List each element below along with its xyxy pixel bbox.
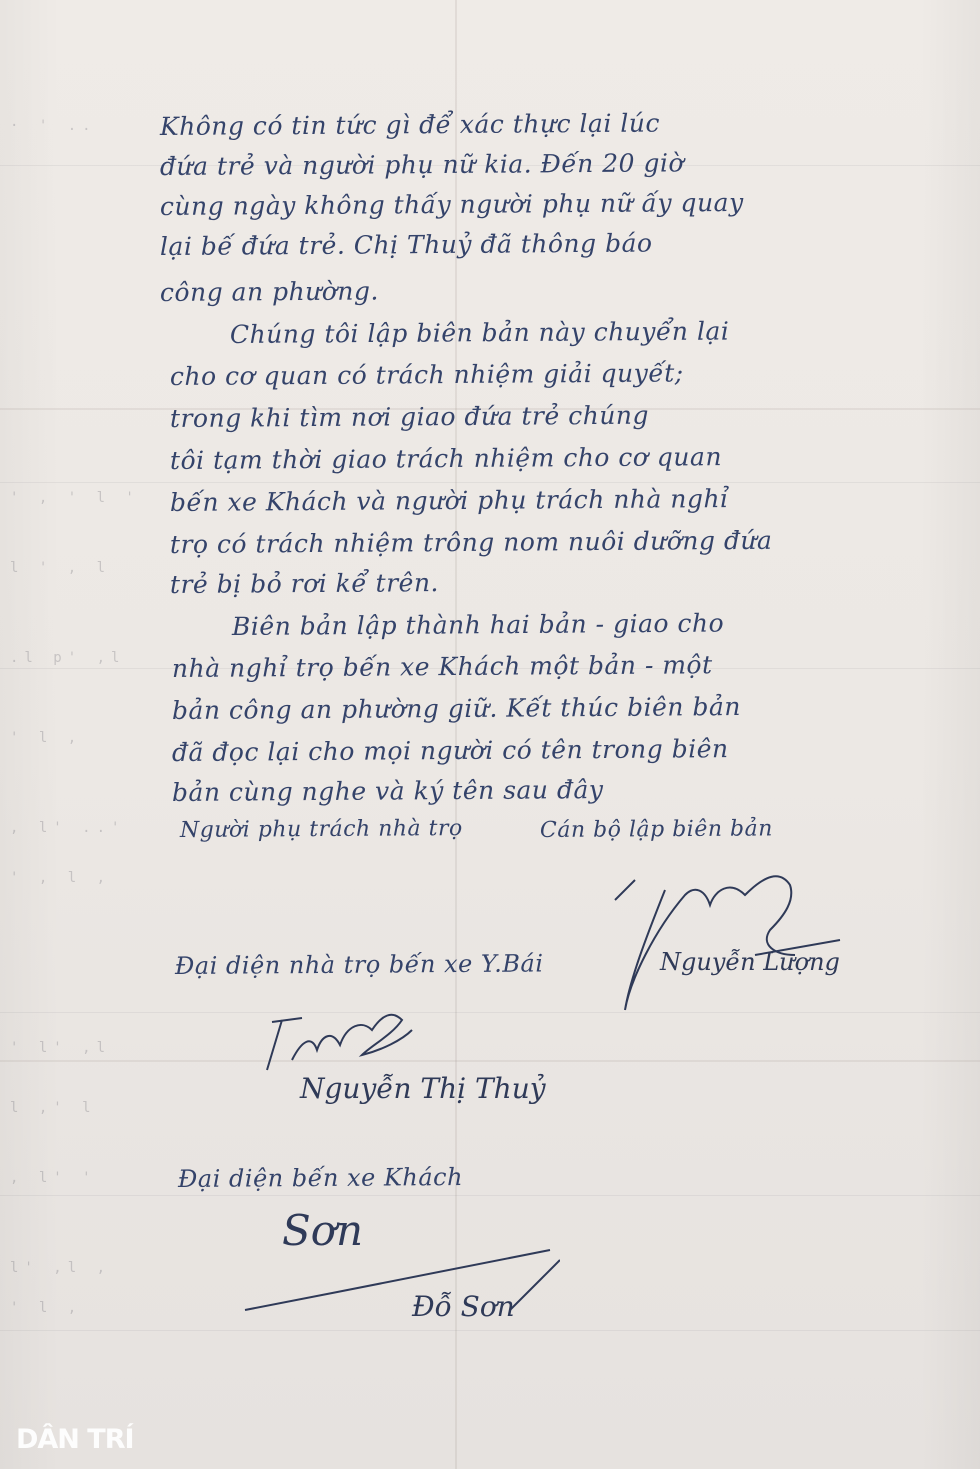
bleed-through-marks: ' , ' l ' [10,490,150,506]
handwritten-line: Chúng tôi lập biên bản này chuyển lại [230,317,730,349]
handwritten-line: trong khi tìm nơi giao đứa trẻ chúng [170,401,649,433]
handwritten-line: bản công an phường giữ. Kết thúc biên bả… [172,692,741,725]
bleed-through-marks: , l' ' [10,1170,150,1186]
handwritten-line: nhà nghỉ trọ bến xe Khách một bản - một [172,650,713,683]
bleed-through-marks: l ' , l [10,560,150,576]
bleed-through-marks: ' l' ,l [10,1040,150,1056]
bleed-through-marks: l' ,l , [10,1260,150,1276]
signature-header-left: Người phụ trách nhà trọ [180,816,463,843]
signatory-name: Nguyễn Thị Thuỷ [300,1072,546,1105]
bleed-through-marks: .l p' ,l [10,650,150,666]
signature-flourish-right [595,860,855,1030]
signature-scribble-left [262,1000,422,1080]
handwritten-line: Không có tin tức gì để xác thực lại lúc [160,109,660,141]
handwritten-line: bản cùng nghe và ký tên sau đây [172,775,604,807]
bleed-through-marks: ' l , [10,1300,150,1316]
signatory-name: Đỗ Sơn [412,1290,515,1323]
handwritten-line: lại bế đứa trẻ. Chị Thuỷ đã thông báo [160,229,653,261]
bleed-through-marks: ' , l , [10,870,150,886]
handwritten-line: Biên bản lập thành hai bản - giao cho [232,609,724,641]
handwritten-line: đứa trẻ và người phụ nữ kia. Đến 20 giờ [160,148,684,181]
dantri-watermark-logo: DÂN TRÍ [16,1424,134,1455]
bleed-through-marks: , l' ..' [10,820,150,836]
faint-ruled-line [0,1195,980,1196]
handwritten-line: cho cơ quan có trách nhiệm giải quyết; [170,358,684,391]
signature-header-right: Cán bộ lập biên bản [540,816,773,843]
signatory-role: Đại diện bến xe Khách [178,1163,463,1193]
bleed-through-marks: · ' .. [10,118,150,134]
bleed-through-marks: l ,' l [10,1100,150,1116]
bleed-through-marks: ' l , [10,730,150,746]
handwritten-line: trọ có trách nhiệm trông nom nuôi dưỡng … [170,526,773,559]
handwritten-line: trẻ bị bỏ rơi kể trên. [170,568,439,599]
handwritten-line: cùng ngày không thấy người phụ nữ ấy qua… [160,188,744,221]
handwritten-line: công an phường. [160,276,379,307]
faint-ruled-line [0,1330,980,1331]
signatory-role: Đại diện nhà trọ bến xe Y.Bái [175,949,544,980]
handwritten-line: bến xe Khách và người phụ trách nhà nghỉ [170,484,729,517]
horizontal-fold-crease [0,1060,980,1062]
signatory-name: Nguyễn Lượng [660,948,840,976]
handwritten-line: đã đọc lại cho mọi người có tên trong bi… [172,734,729,767]
handwritten-line: tôi tạm thời giao trách nhiệm cho cơ qua… [170,442,722,475]
faint-ruled-line [0,482,980,483]
